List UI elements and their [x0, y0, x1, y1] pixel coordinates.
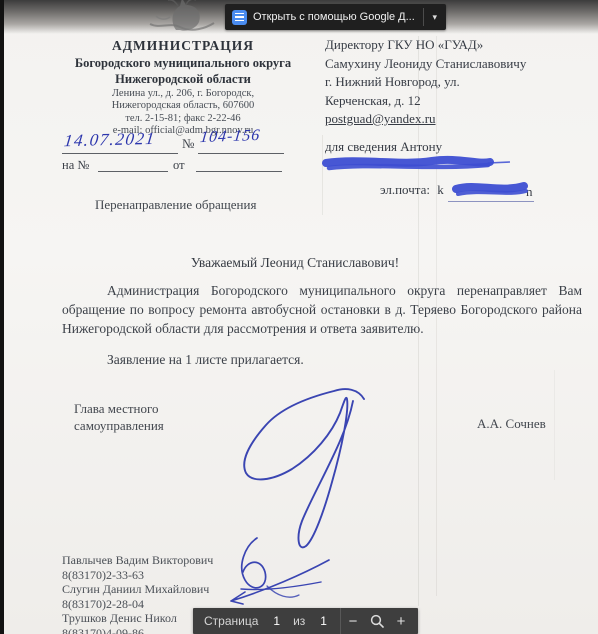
- current-page-number[interactable]: 1: [273, 614, 280, 628]
- signer-title: Глава местного самоуправления: [74, 400, 164, 434]
- magnifier-icon[interactable]: [365, 608, 389, 634]
- signature-secondary: [215, 530, 345, 612]
- contact-phone: 8(83170)2-28-04: [62, 597, 213, 612]
- recipient-block: Директору ГКУ НО «ГУАД» Самухину Леониду…: [325, 36, 575, 129]
- handwritten-date: 14.07.2021: [63, 129, 157, 151]
- contact-name: Слугин Даниил Михайлович: [62, 582, 213, 597]
- subject-line: Перенаправление обращения: [95, 197, 256, 213]
- recipient-email: postguad@yandex.ru: [325, 110, 575, 129]
- recipient-line: Самухину Леониду Станиславовичу: [325, 55, 575, 74]
- zoom-out-button[interactable]: −: [341, 608, 365, 634]
- form-underline: [198, 153, 284, 154]
- email-label: эл.почта:: [380, 182, 430, 197]
- form-underline: [196, 171, 282, 172]
- signer-title-line: Глава местного: [74, 400, 164, 417]
- salutation: Уважаемый Леонид Станиславович!: [60, 255, 530, 271]
- paper-crease: [554, 370, 555, 480]
- of-label: из: [293, 614, 305, 628]
- contact-name: Павлычев Вадим Викторович: [62, 553, 213, 568]
- ot-label: от: [173, 158, 185, 173]
- sender-org-line: Нижегородской области: [58, 71, 308, 88]
- google-docs-icon: [232, 10, 247, 25]
- email-visible-start: k: [437, 182, 444, 197]
- body-paragraph: Администрация Богородского муниципальног…: [62, 281, 582, 338]
- contact-phone: 8(83170)4-09-86: [62, 626, 213, 634]
- sender-org-line: АДМИНИСТРАЦИЯ: [58, 38, 308, 55]
- recipient-line: Керченская, д. 12: [325, 92, 575, 111]
- coat-of-arms-emblem: [142, 0, 222, 32]
- chevron-down-icon[interactable]: ▾: [424, 4, 446, 30]
- contact-name: Трушков Денис Никол: [62, 611, 213, 626]
- contact-phone: 8(83170)2-33-63: [62, 568, 213, 583]
- redacted-email-scribble: [452, 178, 532, 202]
- recipient-line: Директору ГКУ НО «ГУАД»: [325, 36, 575, 55]
- handwritten-reg-number: 104-156: [199, 127, 261, 147]
- sender-org-line: Богородского муниципального округа: [58, 55, 308, 72]
- drive-preview-window: Открыть с помощью Google Д... ▾ АДМИНИСТ…: [0, 0, 598, 634]
- sender-letterhead: АДМИНИСТРАЦИЯ Богородского муниципальног…: [58, 38, 308, 138]
- email-row: эл.почта: k: [380, 182, 444, 198]
- page-toolbar: Страница 1 из 1 − +: [193, 608, 418, 634]
- zoom-in-button[interactable]: +: [389, 608, 413, 634]
- sender-address-line: Нижегородская область, 607600: [58, 100, 308, 113]
- contacts-block: Павлычев Вадим Викторович 8(83170)2-33-6…: [62, 553, 213, 634]
- signer-title-line: самоуправления: [74, 417, 164, 434]
- open-with-google-docs-button[interactable]: Открыть с помощью Google Д... ▾: [225, 4, 446, 30]
- page-label: Страница: [204, 614, 258, 628]
- attachment-line: Заявление на 1 листе прилагается.: [62, 352, 582, 368]
- sender-address-line: Ленина ул., д. 206, г. Богородск,: [58, 88, 308, 101]
- form-underline: [62, 153, 178, 154]
- na-number-label: на №: [62, 158, 89, 173]
- number-sign: №: [182, 136, 194, 152]
- form-underline: [98, 171, 168, 172]
- signer-name: А.А. Сочнев: [477, 416, 546, 432]
- sender-phone-line: тел. 2-15-81; факс 2-22-46: [58, 113, 308, 126]
- open-with-label: Открыть с помощью Google Д...: [253, 11, 423, 23]
- photo-left-edge: [0, 0, 4, 634]
- attachment-text: Заявление на 1 листе прилагается.: [107, 352, 304, 367]
- total-pages: 1: [320, 614, 327, 628]
- recipient-line: г. Нижний Новгород, ул.: [325, 73, 575, 92]
- body-text: Администрация Богородского муниципальног…: [62, 283, 582, 336]
- redacted-phone-scribble: [320, 152, 520, 176]
